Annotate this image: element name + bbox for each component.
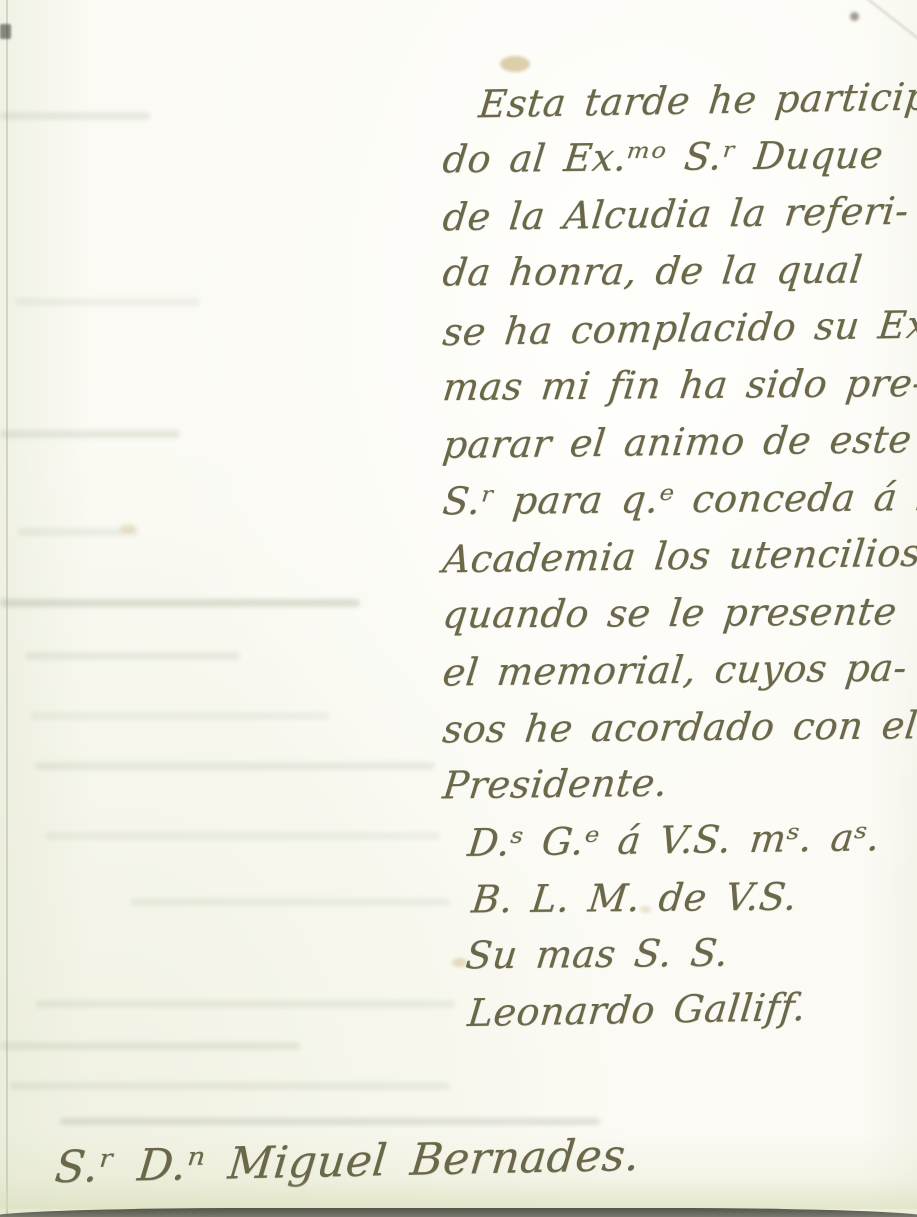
bleedthrough-streak xyxy=(25,652,240,660)
ink-stain xyxy=(500,56,530,72)
letter-line-text: S.ʳ para q.ᵉ conceda á la xyxy=(441,475,917,523)
letter-line-text: do al Ex.ᵐᵒ S.ʳ Duque xyxy=(441,133,886,182)
letter-line: sos he acordado con el S.ʳ xyxy=(443,703,917,752)
signature-line: Leonardo Galliff. xyxy=(468,985,807,1035)
bleedthrough-streak xyxy=(10,1082,450,1090)
bleedthrough-streak xyxy=(35,1000,455,1008)
letter-line: S.ʳ para q.ᵉ conceda á la xyxy=(443,475,917,523)
ink-speck xyxy=(850,12,859,21)
closing-line: B. L. M. de V.S. xyxy=(472,875,797,922)
bleedthrough-streak xyxy=(15,298,200,306)
letter-line-text: sos he acordado con el S.ʳ xyxy=(441,703,917,752)
letter-line-text: quando se le presente xyxy=(440,589,899,636)
letter-line: de la Alcudia la referi- xyxy=(443,189,909,239)
letter-line: Academia los utencilios xyxy=(443,531,917,582)
letter-line-text: Academia los utencilios xyxy=(441,531,917,582)
top-right-crease xyxy=(865,0,917,57)
letter-line-text: Presidente. xyxy=(441,761,670,808)
letter-line-text: Esta tarde he participa- xyxy=(477,74,917,127)
scan-bottom-edge xyxy=(0,1208,917,1217)
closing-line: D.ˢ G.ᵉ á V.S. mˢ. aˢ. xyxy=(468,815,881,865)
letter-line: do al Ex.ᵐᵒ S.ʳ Duque xyxy=(443,133,884,182)
closing-line-text: B. L. M. de V.S. xyxy=(469,875,799,922)
signature-text: Leonardo Galliff. xyxy=(466,985,809,1035)
letter-line: Esta tarde he participa- xyxy=(479,74,917,126)
letter-line: parar el animo de este xyxy=(443,417,912,467)
letter-line: se ha complacido su Ex.ᵃ; xyxy=(443,302,917,354)
bottom-paper-shading xyxy=(0,1179,917,1209)
bleedthrough-streak xyxy=(0,599,360,607)
closing-line-text: D.ˢ G.ᵉ á V.S. mˢ. aˢ. xyxy=(466,815,883,865)
bleedthrough-streak xyxy=(35,762,435,770)
letter-line-text: parar el animo de este xyxy=(441,417,915,467)
foxing-spot xyxy=(120,524,136,533)
letter-line-text: el memorial, cuyos pa- xyxy=(441,646,910,695)
letter-line-text: se ha complacido su Ex.ᵃ; xyxy=(441,302,917,354)
letter-line-text: de la Alcudia la referi- xyxy=(441,189,911,240)
letter-line: el memorial, cuyos pa- xyxy=(443,646,907,695)
letter-line: da honra, de la qual xyxy=(443,248,863,295)
bleedthrough-streak xyxy=(130,898,450,906)
scanned-letter-page: Esta tarde he participa- do al Ex.ᵐᵒ S.ʳ… xyxy=(0,0,917,1217)
bleedthrough-streak xyxy=(0,430,180,438)
letter-line: quando se le presente xyxy=(443,589,897,636)
bleedthrough-streak xyxy=(30,712,330,720)
pencil-smudge xyxy=(60,1118,600,1125)
letter-line: Presidente. xyxy=(443,761,668,808)
letter-line-text: da honra, de la qual xyxy=(440,248,864,295)
letter-line: mas mi fin ha sido pre- xyxy=(443,361,917,409)
bleedthrough-streak xyxy=(0,112,150,120)
closing-line-text: Su mas S. S. xyxy=(464,931,731,978)
corner-tear-mark xyxy=(0,24,11,39)
bleedthrough-streak xyxy=(45,832,440,840)
bleedthrough-streak xyxy=(0,1042,300,1050)
paper-left-edge xyxy=(6,0,8,1217)
closing-line: Su mas S. S. xyxy=(466,931,729,978)
letter-line-text: mas mi fin ha sido pre- xyxy=(441,361,917,409)
